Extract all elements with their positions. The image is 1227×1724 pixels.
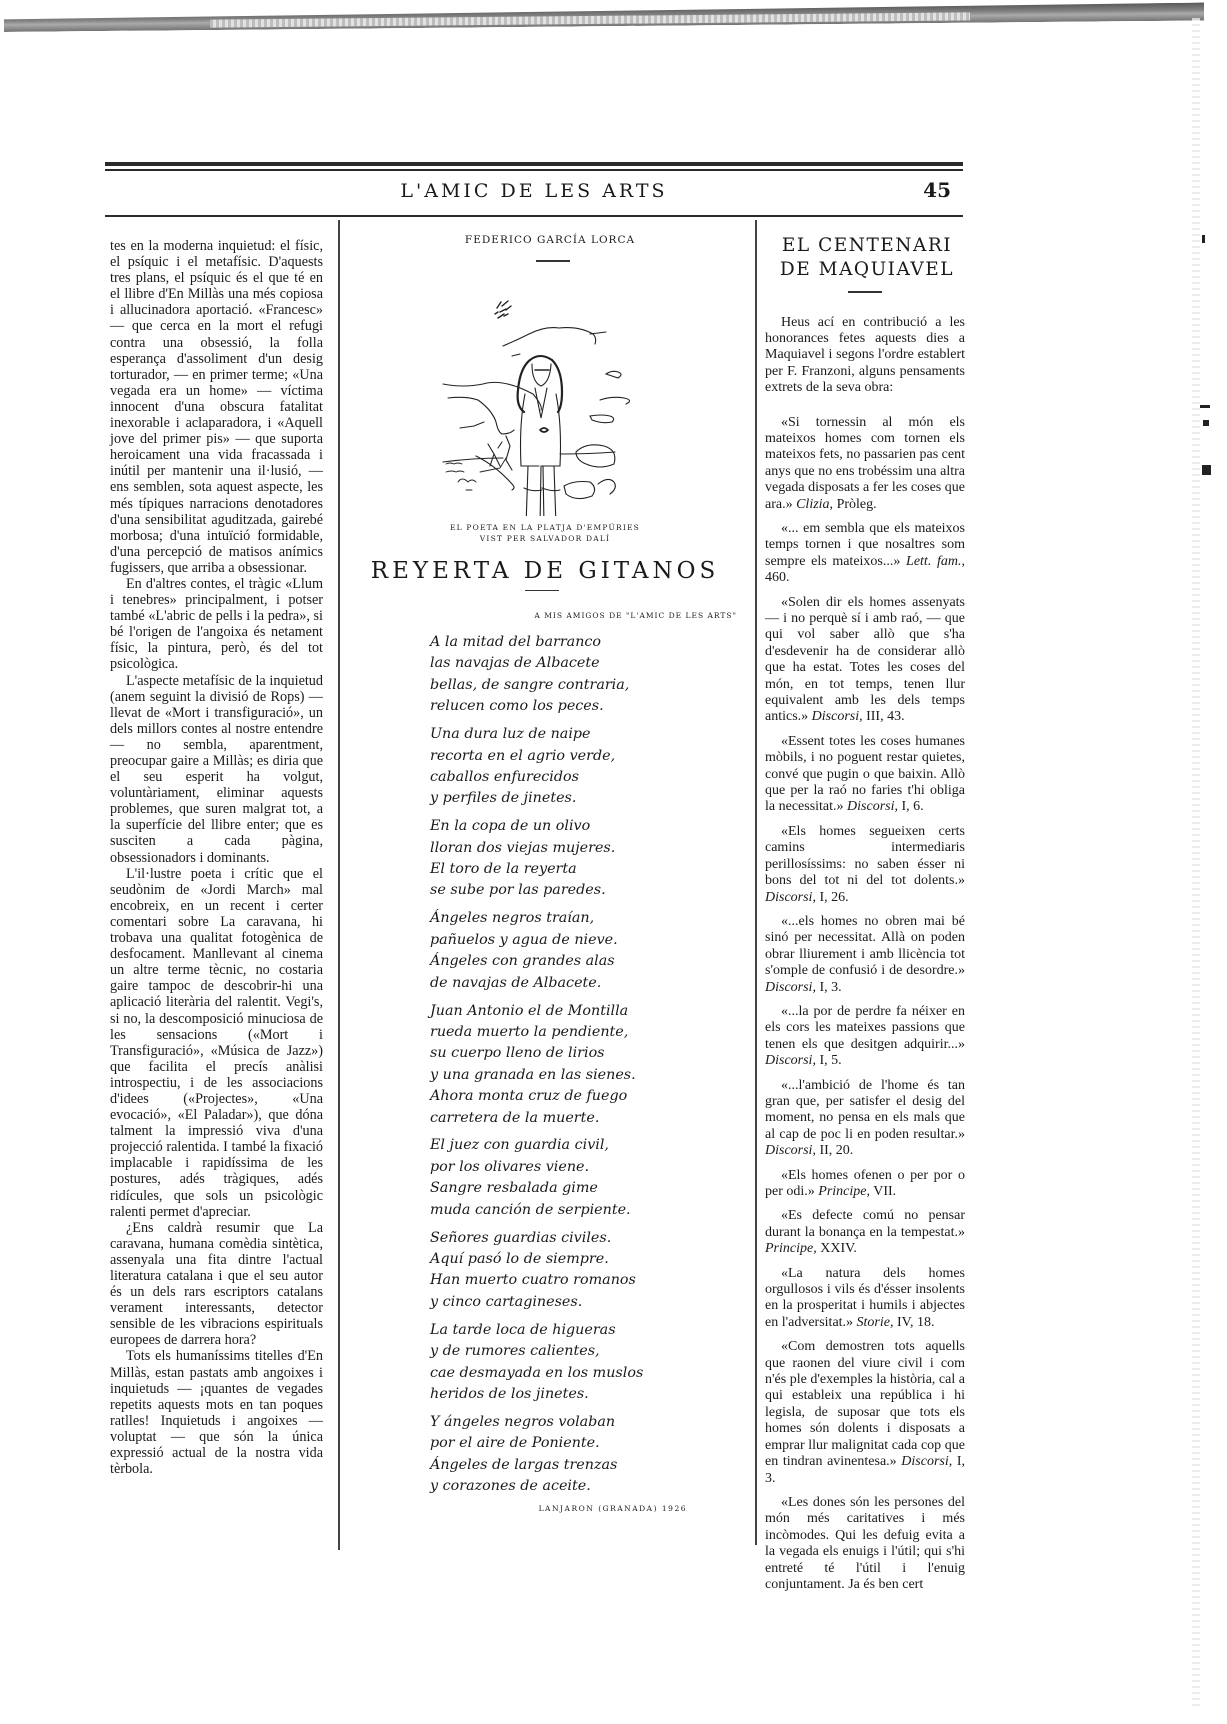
quote-text: «Solen dir els homes assenyats — i no pe… [765, 595, 965, 725]
poem-stanza: Señores guardias civiles.Aquí pasó lo de… [430, 1228, 745, 1314]
article-title-line: DE MAQUIAVEL [761, 258, 973, 282]
quote-text: «Com demostren tots aquells que raonen d… [765, 1339, 965, 1469]
poem-verse: cae desmayada en los muslos [430, 1363, 745, 1384]
poem-verse: Juan Antonio el de Montilla [430, 1001, 745, 1022]
poem-verse: La tarde loca de higueras [430, 1320, 745, 1341]
quote-source: Storie, [857, 1315, 894, 1330]
article-title-rule [848, 291, 882, 293]
poem-verse: Ángeles negros traían, [430, 908, 745, 929]
poem-stanza: Juan Antonio el de Montillarueda muerto … [430, 1001, 745, 1129]
scan-mark [1202, 465, 1211, 475]
poem-verse: muda canción de serpiente. [430, 1200, 745, 1221]
poem-title: REYERTA DE GITANOS [345, 558, 745, 584]
quote-source: Discorsi, [765, 890, 816, 905]
scan-mark [1202, 235, 1205, 243]
poem-stanza: El juez con guardia civil,por los olivar… [430, 1135, 745, 1221]
quote-reference: II, 20. [819, 1143, 853, 1158]
quote-text: «Els homes segueixen certs camins interm… [765, 824, 965, 888]
quote-reference: I, 26. [819, 890, 848, 905]
quote-reference: XXIV. [820, 1241, 857, 1256]
article-paragraph: tes en la moderna inquietud: el físic, e… [110, 238, 323, 576]
column-divider-right [755, 220, 757, 1545]
poem-verse: y una granada en las sienes. [430, 1065, 745, 1086]
poem-verse: y perfiles de jinetes. [430, 788, 745, 809]
poem-verse: Ángeles con grandes alas [430, 951, 745, 972]
scan-mark [1203, 420, 1209, 426]
poem-verse: rueda muerto la pendiente, [430, 1022, 745, 1043]
quote-source: Discorsi, [812, 709, 863, 724]
left-column-article: tes en la moderna inquietud: el físic, e… [110, 238, 323, 1477]
poem-verse: Ángeles de largas trenzas [430, 1455, 745, 1476]
quote-paragraph: «...els homes no obren mai bé sinó per n… [765, 914, 965, 996]
poem-verse: pañuelos y agua de nieve. [430, 930, 745, 951]
poem-verse: A la mitad del barranco [430, 632, 745, 653]
quote-reference: VII. [873, 1184, 896, 1199]
poem-verse: de navajas de Albacete. [430, 973, 745, 994]
right-column-article: EL CENTENARI DE MAQUIAVEL Heus ací en co… [765, 234, 965, 1601]
quote-text: «Les dones són les persones del món més … [765, 1495, 965, 1592]
header-rule-thick [105, 162, 963, 166]
poem-verse: Han muerto cuatro romanos [430, 1270, 745, 1291]
article-title-line: EL CENTENARI [761, 234, 973, 258]
poem-verse: El toro de la reyerta [430, 859, 745, 880]
poem-verse: Aquí pasó lo de siempre. [430, 1249, 745, 1270]
poem-verse: Una dura luz de naipe [430, 724, 745, 745]
quote-paragraph: «Solen dir els homes assenyats — i no pe… [765, 595, 965, 726]
header-rule-thin [105, 169, 963, 171]
scan-mark [1200, 405, 1210, 408]
quote-reference: I, 5. [819, 1053, 841, 1068]
quote-paragraph: «Si tornessin al món els mateixos homes … [765, 415, 965, 513]
quote-source: Discorsi, [847, 799, 898, 814]
poem-verse: relucen como los peces. [430, 696, 745, 717]
poem-verse: y corazones de aceite. [430, 1476, 745, 1497]
poem-verse: carretera de la muerte. [430, 1108, 745, 1129]
quote-text: «...l'ambició de l'home és tan gran que,… [765, 1078, 965, 1142]
masthead-rule [105, 215, 963, 217]
quote-text: «Es defecte comú no pensar durant la bon… [765, 1208, 965, 1239]
poem-verse: se sube por las paredes. [430, 880, 745, 901]
poem-verse: Ahora monta cruz de fuego [430, 1086, 745, 1107]
quote-source: Lett. fam., [906, 554, 965, 569]
poem-dedication: A MIS AMIGOS DE "L'AMIC DE LES ARTS" [345, 611, 745, 620]
poem-verse: por los olivares viene. [430, 1157, 745, 1178]
quote-source: Principe, [818, 1184, 870, 1199]
poem-verse: lloran dos viejas mujeres. [430, 838, 745, 859]
poem-verse: las navajas de Albacete [430, 653, 745, 674]
quote-paragraph: «...la por de perdre fa néixer en els co… [765, 1004, 965, 1070]
quote-reference: Pròleg. [837, 497, 877, 512]
quote-paragraph: «Els homes ofenen o per por o per odi.» … [765, 1168, 965, 1201]
article-paragraph: Tots els humaníssims titelles d'En Millà… [110, 1348, 323, 1477]
masthead: L'AMIC DE LES ARTS 45 [105, 180, 963, 208]
poem-verse: por el aire de Poniente. [430, 1433, 745, 1454]
quote-paragraph: «Les dones són les persones del món més … [765, 1495, 965, 1593]
caption-line: VIST PER SALVADOR DALÍ [345, 533, 745, 544]
poem-stanza: Ángeles negros traían,pañuelos y agua de… [430, 908, 745, 994]
poem-stanza: Una dura luz de naiperecorta en el agrio… [430, 724, 745, 810]
article-paragraph: L'aspecte metafísic de la inquietud (ane… [110, 673, 323, 866]
article-paragraph: ¿Ens caldrà resumir que La caravana, hum… [110, 1220, 323, 1349]
page-number: 45 [923, 178, 951, 202]
poem-stanza: En la copa de un olivolloran dos viejas … [430, 816, 745, 902]
quote-source: Discorsi, [765, 1053, 816, 1068]
illustration-caption: EL POETA EN LA PLATJA D'EMPÚRIES VIST PE… [345, 522, 745, 544]
quote-paragraph: «Essent totes les coses humanes mòbils, … [765, 734, 965, 816]
quote-paragraph: «...l'ambició de l'home és tan gran que,… [765, 1078, 965, 1160]
quote-paragraph: «Com demostren tots aquells que raonen d… [765, 1339, 965, 1487]
author-rule [536, 260, 570, 262]
quote-source: Clizia, [796, 497, 833, 512]
poem-verse: Señores guardias civiles. [430, 1228, 745, 1249]
poem-body: A la mitad del barrancolas navajas de Al… [345, 632, 745, 1497]
article-paragraph: L'il·lustre poeta i crític que el seudòn… [110, 866, 323, 1220]
poem-verse: su cuerpo lleno de lirios [430, 1043, 745, 1064]
poem-verse: Sangre resbalada gime [430, 1178, 745, 1199]
article-paragraph: En d'altres contes, el tràgic «Llum i te… [110, 576, 323, 673]
sketch-portrait-icon [440, 276, 650, 516]
caption-line: EL POETA EN LA PLATJA D'EMPÚRIES [345, 522, 745, 533]
article-intro: Heus ací en contribució a les honorances… [765, 315, 965, 397]
poem-stanza: A la mitad del barrancolas navajas de Al… [430, 632, 745, 718]
quote-source: Principe, [765, 1241, 817, 1256]
title-rule [525, 590, 559, 592]
quote-text: «...la por de perdre fa néixer en els co… [765, 1004, 965, 1052]
scan-right-edge [1192, 18, 1200, 1708]
poem-verse: bellas, de sangre contraria, [430, 675, 745, 696]
quote-reference: I, 3. [819, 980, 841, 995]
quote-paragraph: «... em sembla que els mateixos temps to… [765, 521, 965, 587]
column-divider-left [338, 220, 340, 1550]
quote-paragraph: «Els homes segueixen certs camins interm… [765, 824, 965, 906]
quote-source: Discorsi, [901, 1454, 952, 1469]
poem-verse: y cinco cartagineses. [430, 1292, 745, 1313]
poem-stanza: La tarde loca de higuerasy de rumores ca… [430, 1320, 745, 1406]
poem-verse: y de rumores calientes, [430, 1341, 745, 1362]
poem-place-date: LANJARON (GRANADA) 1926 [345, 1504, 745, 1513]
poem-stanza: Y ángeles negros volabanpor el aire de P… [430, 1412, 745, 1498]
quote-source: Discorsi, [765, 980, 816, 995]
quote-reference: III, 43. [866, 709, 905, 724]
quote-paragraph: «Es defecte comú no pensar durant la bon… [765, 1208, 965, 1257]
quote-source: Discorsi, [765, 1143, 816, 1158]
poem-verse: En la copa de un olivo [430, 816, 745, 837]
middle-column-poem: FEDERICO GARCÍA LORCA [345, 234, 745, 1513]
quote-reference: IV, 18. [897, 1315, 934, 1330]
quote-list: «Si tornessin al món els mateixos homes … [765, 415, 965, 1594]
quote-reference: I, 6. [901, 799, 923, 814]
poem-verse: heridos de los jinetes. [430, 1384, 745, 1405]
publication-title: L'AMIC DE LES ARTS [105, 180, 963, 202]
poem-verse: caballos enfurecidos [430, 767, 745, 788]
poem-author: FEDERICO GARCÍA LORCA [355, 234, 745, 246]
quote-text: «...els homes no obren mai bé sinó per n… [765, 914, 965, 978]
quote-paragraph: «La natura dels homes orgullosos i vils … [765, 1266, 965, 1332]
poem-verse: recorta en el agrio verde, [430, 746, 745, 767]
quote-reference: 460. [765, 570, 790, 585]
article-title: EL CENTENARI DE MAQUIAVEL [761, 234, 973, 282]
poem-verse: El juez con guardia civil, [430, 1135, 745, 1156]
poem-verse: Y ángeles negros volaban [430, 1412, 745, 1433]
